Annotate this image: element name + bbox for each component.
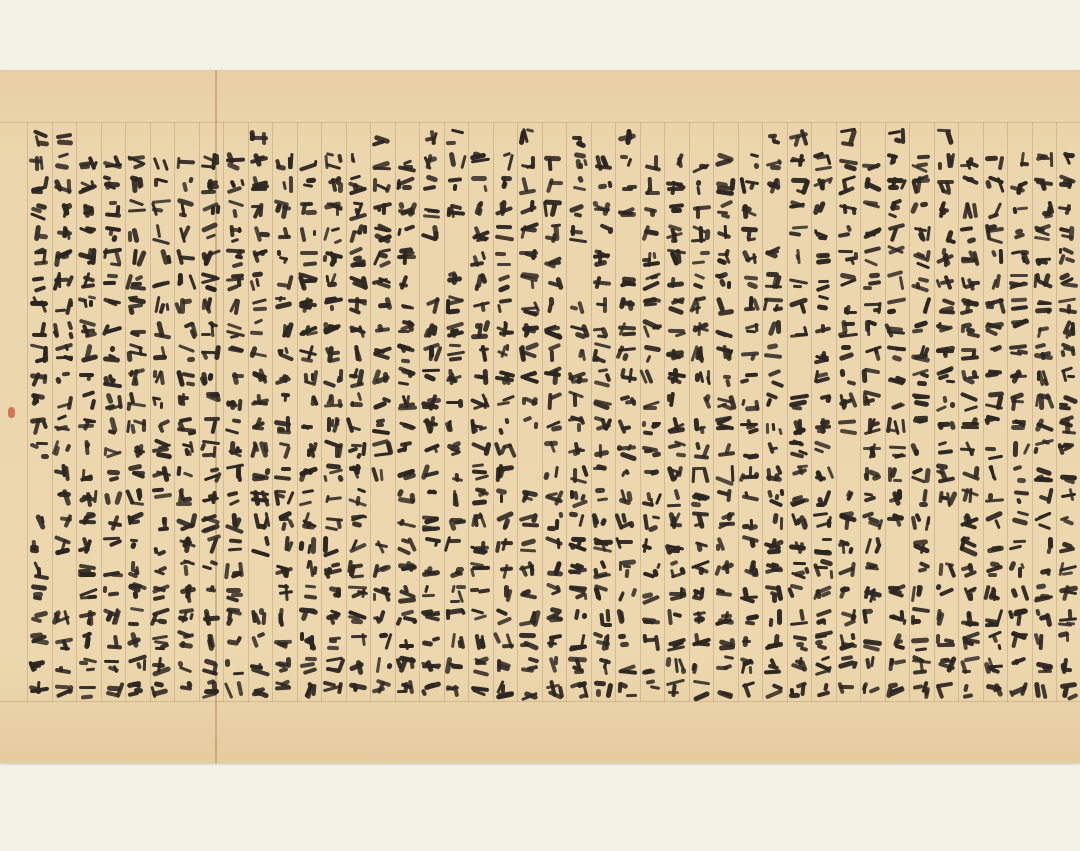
calligraphy-character	[936, 416, 956, 435]
calligraphy-character	[544, 200, 564, 219]
calligraphy-character	[544, 272, 564, 291]
calligraphy-character	[201, 632, 221, 651]
calligraphy-character	[470, 680, 490, 699]
calligraphy-character	[1009, 392, 1029, 411]
calligraphy-character	[372, 368, 392, 387]
calligraphy-character	[985, 536, 1005, 555]
calligraphy-character	[691, 344, 711, 363]
calligraphy-character	[544, 680, 564, 699]
calligraphy-character	[176, 632, 196, 651]
calligraphy-character	[372, 224, 392, 243]
calligraphy-character	[593, 536, 613, 555]
calligraphy-character	[29, 248, 49, 267]
calligraphy-character	[323, 440, 343, 459]
calligraphy-character	[54, 176, 74, 195]
calligraphy-character	[176, 440, 196, 459]
calligraphy-character	[1009, 344, 1029, 363]
calligraphy-character	[593, 248, 613, 267]
calligraphy-character	[887, 608, 907, 627]
calligraphy-character	[789, 416, 809, 435]
calligraphy-character	[397, 152, 417, 171]
calligraphy-character	[936, 152, 956, 171]
calligraphy-character	[470, 392, 490, 411]
calligraphy-character	[838, 464, 858, 483]
calligraphy-character	[985, 128, 1005, 147]
calligraphy-character	[1009, 632, 1029, 651]
calligraphy-character	[813, 344, 833, 363]
calligraphy-character	[127, 440, 147, 459]
calligraphy-character	[691, 272, 711, 291]
calligraphy-character	[397, 392, 417, 411]
calligraphy-character	[887, 248, 907, 267]
text-column	[370, 128, 394, 704]
calligraphy-character	[372, 584, 392, 603]
calligraphy-character	[470, 584, 490, 603]
calligraphy-character	[789, 512, 809, 531]
calligraphy-character	[813, 632, 833, 651]
calligraphy-character	[568, 224, 588, 243]
calligraphy-character	[29, 368, 49, 387]
calligraphy-character	[201, 512, 221, 531]
calligraphy-character	[372, 512, 392, 531]
calligraphy-character	[936, 536, 956, 555]
calligraphy-character	[519, 584, 539, 603]
calligraphy-character	[299, 416, 319, 435]
calligraphy-character	[887, 416, 907, 435]
calligraphy-character	[54, 128, 74, 147]
calligraphy-character	[813, 560, 833, 579]
calligraphy-character	[740, 608, 760, 627]
calligraphy-character	[789, 248, 809, 267]
calligraphy-character	[299, 152, 319, 171]
calligraphy-character	[446, 416, 466, 435]
calligraphy-character	[299, 272, 319, 291]
calligraphy-character	[397, 368, 417, 387]
calligraphy-character	[470, 248, 490, 267]
calligraphy-character	[1058, 440, 1078, 459]
calligraphy-character	[1058, 224, 1078, 243]
calligraphy-character	[764, 488, 784, 507]
calligraphy-character	[446, 608, 466, 627]
calligraphy-character	[568, 200, 588, 219]
calligraphy-character	[740, 200, 760, 219]
calligraphy-character	[813, 680, 833, 699]
calligraphy-character	[127, 536, 147, 555]
calligraphy-character	[911, 584, 931, 603]
calligraphy-character	[250, 536, 270, 555]
calligraphy-character	[936, 296, 956, 315]
calligraphy-character	[78, 632, 98, 651]
calligraphy-character	[764, 560, 784, 579]
calligraphy-character	[397, 272, 417, 291]
calligraphy-character	[176, 176, 196, 195]
calligraphy-character	[593, 200, 613, 219]
calligraphy-character	[666, 656, 686, 675]
calligraphy-character	[960, 656, 980, 675]
calligraphy-character	[813, 296, 833, 315]
calligraphy-character	[348, 176, 368, 195]
calligraphy-character	[715, 128, 735, 147]
calligraphy-character	[519, 632, 539, 651]
calligraphy-character	[838, 680, 858, 699]
calligraphy-character	[495, 272, 515, 291]
calligraphy-character	[1034, 608, 1054, 627]
calligraphy-character	[372, 344, 392, 363]
calligraphy-character	[127, 560, 147, 579]
calligraphy-character	[960, 584, 980, 603]
calligraphy-character	[568, 368, 588, 387]
calligraphy-character	[813, 488, 833, 507]
calligraphy-character	[519, 320, 539, 339]
calligraphy-character	[176, 320, 196, 339]
calligraphy-character	[421, 200, 441, 219]
calligraphy-character	[568, 608, 588, 627]
calligraphy-character	[152, 248, 172, 267]
calligraphy-character	[911, 608, 931, 627]
calligraphy-character	[470, 176, 490, 195]
calligraphy-character	[691, 536, 711, 555]
calligraphy-character	[176, 128, 196, 147]
calligraphy-character	[985, 584, 1005, 603]
calligraphy-character	[1058, 584, 1078, 603]
calligraphy-character	[838, 584, 858, 603]
calligraphy-character	[568, 440, 588, 459]
calligraphy-character	[666, 584, 686, 603]
calligraphy-character	[446, 392, 466, 411]
calligraphy-character	[568, 272, 588, 291]
calligraphy-character	[862, 632, 882, 651]
calligraphy-character	[250, 200, 270, 219]
calligraphy-character	[127, 632, 147, 651]
calligraphy-character	[299, 344, 319, 363]
calligraphy-character	[642, 584, 662, 603]
calligraphy-character	[764, 272, 784, 291]
calligraphy-character	[323, 368, 343, 387]
calligraphy-character	[985, 176, 1005, 195]
calligraphy-character	[54, 296, 74, 315]
calligraphy-character	[960, 464, 980, 483]
calligraphy-character	[201, 248, 221, 267]
calligraphy-character	[250, 248, 270, 267]
calligraphy-character	[127, 392, 147, 411]
calligraphy-character	[1058, 656, 1078, 675]
calligraphy-character	[740, 560, 760, 579]
calligraphy-character	[421, 584, 441, 603]
calligraphy-character	[764, 584, 784, 603]
calligraphy-character	[617, 224, 637, 243]
calligraphy-character	[666, 176, 686, 195]
calligraphy-character	[642, 152, 662, 171]
text-column	[517, 128, 541, 704]
text-column	[615, 128, 639, 704]
calligraphy-character	[617, 512, 637, 531]
calligraphy-character	[838, 536, 858, 555]
calligraphy-character	[519, 152, 539, 171]
calligraphy-character	[617, 368, 637, 387]
calligraphy-character	[372, 656, 392, 675]
calligraphy-character	[225, 488, 245, 507]
calligraphy-character	[446, 248, 466, 267]
text-column	[444, 128, 468, 704]
calligraphy-character	[960, 680, 980, 699]
calligraphy-character	[593, 440, 613, 459]
calligraphy-character	[372, 320, 392, 339]
calligraphy-character	[691, 368, 711, 387]
calligraphy-character	[299, 632, 319, 651]
calligraphy-character	[936, 200, 956, 219]
calligraphy-character	[838, 632, 858, 651]
calligraphy-character	[274, 584, 294, 603]
calligraphy-character	[887, 344, 907, 363]
calligraphy-character	[152, 608, 172, 627]
calligraphy-character	[568, 392, 588, 411]
calligraphy-character	[568, 152, 588, 171]
calligraphy-character	[103, 344, 123, 363]
calligraphy-character	[299, 560, 319, 579]
calligraphy-character	[666, 272, 686, 291]
calligraphy-character	[691, 560, 711, 579]
calligraphy-character	[666, 152, 686, 171]
calligraphy-character	[372, 680, 392, 699]
calligraphy-character	[323, 560, 343, 579]
calligraphy-character	[201, 488, 221, 507]
calligraphy-character	[372, 392, 392, 411]
calligraphy-character	[103, 416, 123, 435]
calligraphy-character	[78, 656, 98, 675]
calligraphy-character	[838, 320, 858, 339]
calligraphy-character	[789, 272, 809, 291]
calligraphy-character	[838, 392, 858, 411]
calligraphy-character	[593, 680, 613, 699]
calligraphy-character	[887, 368, 907, 387]
calligraphy-character	[299, 464, 319, 483]
calligraphy-character	[54, 224, 74, 243]
calligraphy-character	[225, 632, 245, 651]
calligraphy-character	[1009, 512, 1029, 531]
calligraphy-character	[1009, 584, 1029, 603]
calligraphy-character	[78, 296, 98, 315]
text-column	[689, 128, 713, 704]
calligraphy-character	[495, 560, 515, 579]
calligraphy-character	[862, 176, 882, 195]
calligraphy-character	[299, 536, 319, 555]
calligraphy-character	[397, 632, 417, 651]
calligraphy-character	[225, 680, 245, 699]
calligraphy-character	[225, 440, 245, 459]
calligraphy-character	[617, 440, 637, 459]
calligraphy-character	[78, 272, 98, 291]
calligraphy-character	[715, 320, 735, 339]
calligraphy-character	[29, 512, 49, 531]
calligraphy-character	[617, 560, 637, 579]
calligraphy-character	[54, 320, 74, 339]
calligraphy-character	[152, 344, 172, 363]
calligraphy-character	[740, 680, 760, 699]
calligraphy-character	[127, 296, 147, 315]
calligraphy-character	[201, 440, 221, 459]
calligraphy-character	[127, 416, 147, 435]
calligraphy-character	[887, 656, 907, 675]
calligraphy-character	[201, 392, 221, 411]
calligraphy-character	[54, 440, 74, 459]
calligraphy-character	[446, 512, 466, 531]
calligraphy-character	[274, 656, 294, 675]
calligraphy-character	[225, 176, 245, 195]
calligraphy-character	[862, 512, 882, 531]
calligraphy-character	[299, 680, 319, 699]
calligraphy-character	[617, 416, 637, 435]
calligraphy-character	[152, 200, 172, 219]
calligraphy-character	[152, 464, 172, 483]
calligraphy-character	[666, 440, 686, 459]
calligraphy-character	[764, 368, 784, 387]
calligraphy-character	[78, 416, 98, 435]
calligraphy-character	[666, 560, 686, 579]
calligraphy-character	[397, 560, 417, 579]
calligraphy-character	[250, 176, 270, 195]
calligraphy-character	[519, 464, 539, 483]
calligraphy-character	[78, 608, 98, 627]
calligraphy-character	[29, 344, 49, 363]
calligraphy-character	[911, 296, 931, 315]
calligraphy-character	[29, 200, 49, 219]
calligraphy-character	[691, 512, 711, 531]
calligraphy-character	[936, 392, 956, 411]
calligraphy-character	[201, 224, 221, 243]
calligraphy-character	[397, 128, 417, 147]
calligraphy-character	[764, 320, 784, 339]
calligraphy-character	[348, 200, 368, 219]
calligraphy-character	[348, 440, 368, 459]
calligraphy-character	[568, 560, 588, 579]
calligraphy-character	[862, 584, 882, 603]
calligraphy-character	[813, 536, 833, 555]
calligraphy-character	[470, 272, 490, 291]
calligraphy-character	[1034, 536, 1054, 555]
calligraphy-character	[299, 248, 319, 267]
calligraphy-character	[250, 272, 270, 291]
calligraphy-character	[470, 200, 490, 219]
calligraphy-character	[495, 680, 515, 699]
calligraphy-character	[593, 416, 613, 435]
calligraphy-character	[470, 488, 490, 507]
calligraphy-character	[960, 608, 980, 627]
calligraphy-character	[1034, 368, 1054, 387]
calligraphy-character	[421, 320, 441, 339]
calligraphy-character	[78, 176, 98, 195]
calligraphy-character	[568, 512, 588, 531]
calligraphy-character	[1009, 248, 1029, 267]
calligraphy-character	[1009, 176, 1029, 195]
calligraphy-character	[348, 416, 368, 435]
calligraphy-character	[1034, 320, 1054, 339]
calligraphy-character	[691, 632, 711, 651]
calligraphy-character	[372, 128, 392, 147]
calligraphy-character	[740, 128, 760, 147]
calligraphy-character	[985, 656, 1005, 675]
calligraphy-character	[225, 392, 245, 411]
calligraphy-character	[911, 392, 931, 411]
calligraphy-character	[1058, 560, 1078, 579]
calligraphy-character	[642, 632, 662, 651]
top-rule	[0, 122, 1080, 123]
calligraphy-character	[544, 440, 564, 459]
calligraphy-character	[911, 680, 931, 699]
calligraphy-character	[250, 128, 270, 147]
calligraphy-character	[54, 536, 74, 555]
calligraphy-character	[250, 224, 270, 243]
calligraphy-character	[103, 440, 123, 459]
calligraphy-character	[1034, 416, 1054, 435]
calligraphy-character	[666, 608, 686, 627]
calligraphy-character	[1009, 560, 1029, 579]
calligraphy-character	[813, 200, 833, 219]
text-column	[468, 128, 492, 704]
calligraphy-character	[495, 464, 515, 483]
calligraphy-character	[642, 224, 662, 243]
calligraphy-character	[372, 152, 392, 171]
calligraphy-character	[1058, 344, 1078, 363]
calligraphy-character	[470, 368, 490, 387]
calligraphy-character	[250, 584, 270, 603]
calligraphy-character	[299, 224, 319, 243]
calligraphy-character	[176, 248, 196, 267]
calligraphy-character	[838, 152, 858, 171]
calligraphy-character	[666, 464, 686, 483]
calligraphy-character	[862, 608, 882, 627]
calligraphy-character	[691, 488, 711, 507]
calligraphy-character	[446, 344, 466, 363]
calligraphy-character	[495, 392, 515, 411]
calligraphy-character	[691, 200, 711, 219]
calligraphy-character	[544, 392, 564, 411]
calligraphy-character	[666, 512, 686, 531]
calligraphy-character	[740, 176, 760, 195]
calligraphy-character	[887, 224, 907, 243]
calligraphy-character	[152, 656, 172, 675]
calligraphy-character	[1034, 344, 1054, 363]
calligraphy-character	[887, 680, 907, 699]
calligraphy-character	[519, 560, 539, 579]
calligraphy-character	[887, 152, 907, 171]
calligraphy-character	[838, 656, 858, 675]
calligraphy-character	[617, 272, 637, 291]
calligraphy-character	[127, 272, 147, 291]
calligraphy-character	[348, 320, 368, 339]
calligraphy-character	[372, 536, 392, 555]
calligraphy-character	[593, 392, 613, 411]
calligraphy-character	[887, 584, 907, 603]
calligraphy-character	[201, 272, 221, 291]
calligraphy-character	[495, 488, 515, 507]
calligraphy-character	[78, 464, 98, 483]
calligraphy-character	[1034, 128, 1054, 147]
calligraphy-character	[887, 464, 907, 483]
calligraphy-character	[960, 440, 980, 459]
calligraphy-character	[323, 344, 343, 363]
calligraphy-character	[78, 152, 98, 171]
calligraphy-character	[152, 128, 172, 147]
calligraphy-character	[152, 272, 172, 291]
calligraphy-character	[642, 344, 662, 363]
calligraphy-character	[127, 344, 147, 363]
calligraphy-character	[1009, 416, 1029, 435]
calligraphy-character	[274, 632, 294, 651]
calligraphy-character	[250, 488, 270, 507]
calligraphy-character	[593, 296, 613, 315]
calligraphy-character	[470, 152, 490, 171]
text-column	[199, 128, 223, 704]
